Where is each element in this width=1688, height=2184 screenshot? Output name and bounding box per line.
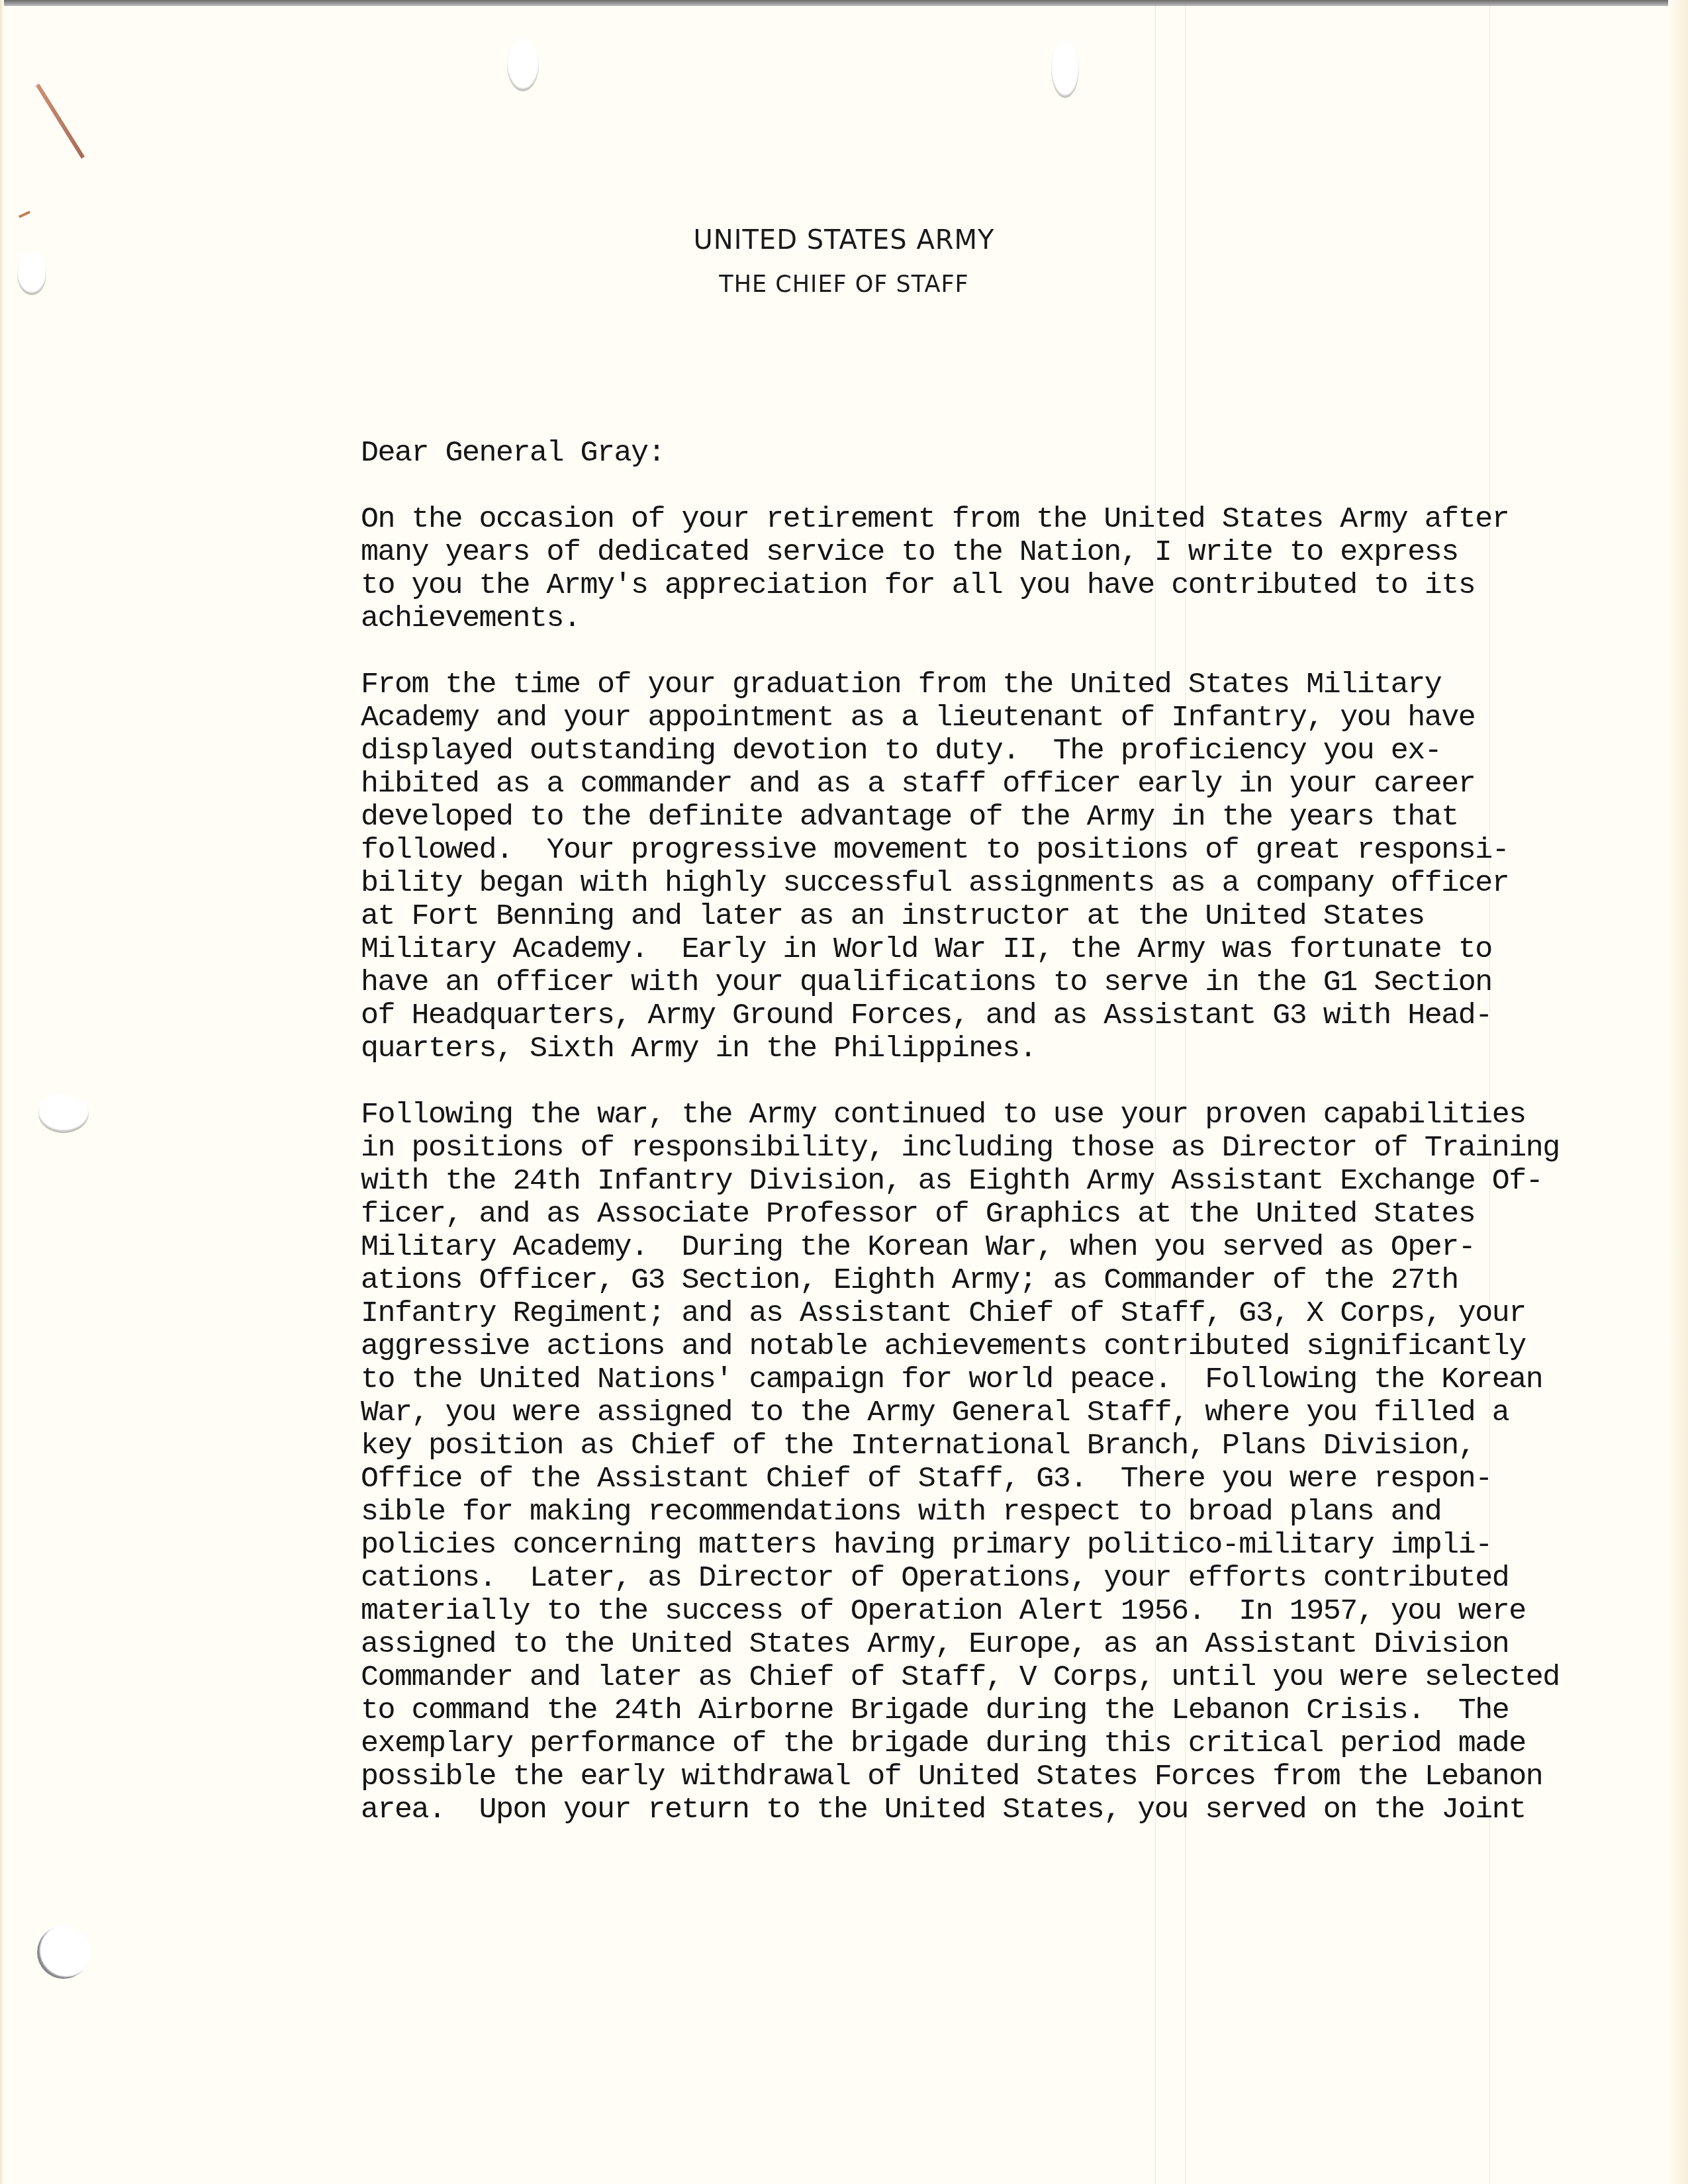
punch-hole xyxy=(1051,40,1079,98)
text-line: developed to the definite advantage of t… xyxy=(361,801,1618,834)
text-line: displayed outstanding devotion to duty. … xyxy=(361,735,1618,768)
text-line: exemplary performance of the brigade dur… xyxy=(361,1727,1618,1760)
scan-left-edge xyxy=(0,0,4,2184)
text-line: ficer, and as Associate Professor of Gra… xyxy=(361,1198,1618,1231)
text-line: Following the war, the Army continued to… xyxy=(361,1099,1618,1132)
paragraph: From the time of your graduation from th… xyxy=(361,668,1618,1066)
text-line: From the time of your graduation from th… xyxy=(361,668,1618,702)
text-line: On the occasion of your retirement from … xyxy=(361,503,1618,536)
text-line: materially to the success of Operation A… xyxy=(361,1595,1618,1628)
punch-hole xyxy=(37,1926,90,1979)
text-line: in positions of responsibility, includin… xyxy=(361,1132,1618,1165)
text-line: Military Academy. Early in World War II,… xyxy=(361,933,1618,966)
text-line: bility began with highly successful assi… xyxy=(361,867,1618,900)
scan-top-edge xyxy=(0,0,1688,6)
text-line: aggressive actions and notable achieveme… xyxy=(361,1330,1618,1363)
text-line: ations Officer, G3 Section, Eighth Army;… xyxy=(361,1264,1618,1297)
scan-right-edge xyxy=(1668,0,1688,2184)
salutation: Dear General Gray: xyxy=(361,437,1618,470)
text-line: Academy and your appointment as a lieute… xyxy=(361,702,1618,735)
text-line: have an officer with your qualifications… xyxy=(361,966,1618,999)
text-line: possible the early withdrawal of United … xyxy=(361,1760,1618,1794)
text-line: of Headquarters, Army Ground Forces, and… xyxy=(361,999,1618,1032)
text-line: area. Upon your return to the United Sta… xyxy=(361,1794,1618,1827)
text-line: to command the 24th Airborne Brigade dur… xyxy=(361,1694,1618,1727)
text-line: War, you were assigned to the Army Gener… xyxy=(361,1396,1618,1430)
text-line: many years of dedicated service to the N… xyxy=(361,536,1618,569)
text-line: key position as Chief of the Internation… xyxy=(361,1430,1618,1463)
text-line: Military Academy. During the Korean War,… xyxy=(361,1231,1618,1264)
text-line: sible for making recommendations with re… xyxy=(361,1496,1618,1529)
text-line: at Fort Benning and later as an instruct… xyxy=(361,900,1618,933)
letter-paragraphs: On the occasion of your retirement from … xyxy=(361,503,1618,1827)
text-line: Infantry Regiment; and as Assistant Chie… xyxy=(361,1297,1618,1330)
text-line: hibited as a commander and as a staff of… xyxy=(361,768,1618,801)
punch-hole xyxy=(38,1095,89,1133)
text-line: Commander and later as Chief of Staff, V… xyxy=(361,1661,1618,1694)
text-line: followed. Your progressive movement to p… xyxy=(361,834,1618,867)
text-line: Office of the Assistant Chief of Staff, … xyxy=(361,1463,1618,1496)
text-line: to you the Army's appreciation for all y… xyxy=(361,569,1618,602)
letterhead-office: THE CHIEF OF STAFF xyxy=(0,271,1688,298)
letterhead-organization: UNITED STATES ARMY xyxy=(0,225,1688,255)
text-line: achievements. xyxy=(361,602,1618,635)
letter-body: Dear General Gray: On the occasion of yo… xyxy=(361,437,1618,1860)
text-line: to the United Nations' campaign for worl… xyxy=(361,1363,1618,1396)
text-line: assigned to the United States Army, Euro… xyxy=(361,1628,1618,1661)
text-line: cations. Later, as Director of Operation… xyxy=(361,1562,1618,1595)
paragraph: On the occasion of your retirement from … xyxy=(361,503,1618,635)
paragraph: Following the war, the Army continued to… xyxy=(361,1099,1618,1827)
rust-stain xyxy=(19,210,30,218)
punch-hole xyxy=(507,38,539,91)
rust-stain xyxy=(36,83,85,158)
text-line: with the 24th Infantry Division, as Eigh… xyxy=(361,1165,1618,1198)
text-line: policies concerning matters having prima… xyxy=(361,1529,1618,1562)
text-line: quarters, Sixth Army in the Philippines. xyxy=(361,1032,1618,1066)
